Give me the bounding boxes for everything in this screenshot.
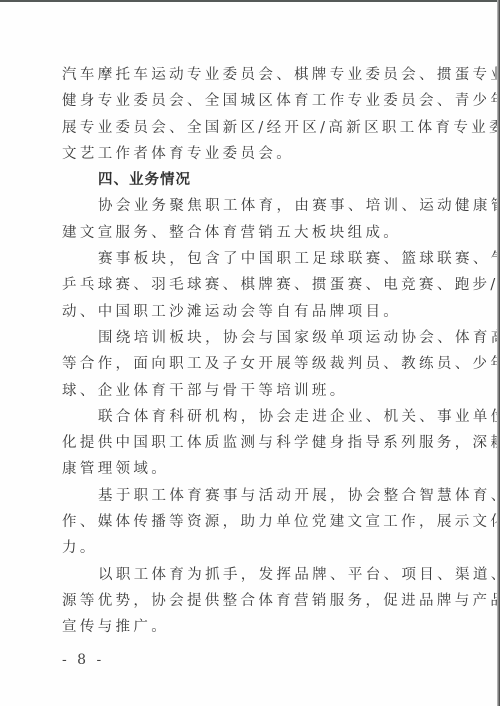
text-line: 化提供中国职工体质监测与科学健身指导系列服务，深耕运动健 <box>62 430 440 456</box>
text-line: 赛事板块，包含了中国职工足球联赛、篮球联赛、气排球赛、 <box>62 246 440 272</box>
text-line: 围绕培训板块，协会与国家级单项运动协会、体育高等院校 <box>62 325 440 351</box>
page-number: - 8 - <box>62 652 104 668</box>
text-line: 健身专业委员会、全国城区体育工作专业委员会、青少年体育发 <box>62 88 440 114</box>
text-line: 宣传与推广。 <box>62 614 440 640</box>
text-line: 联合体育科研机构，协会走进企业、机关、事业单位，常态 <box>62 404 440 430</box>
paragraph-overview: 协会业务聚焦职工体育，由赛事、培训、运动健康管理、党 建文宣服务、整合体育营销五… <box>62 193 440 246</box>
text-line: 康管理领域。 <box>62 456 440 482</box>
text-line: 以职工体育为抓手，发挥品牌、平台、项目、渠道、落地资 <box>62 562 440 588</box>
text-line: 源等优势，协会提供整合体育营销服务，促进品牌与产品的精准 <box>62 588 440 614</box>
text-line: 作、媒体传播等资源，助力单位党建文宣工作，展示文化与软实 <box>62 509 440 535</box>
text-line: 动、中国职工沙滩运动会等自有品牌项目。 <box>62 299 440 325</box>
document-page: 汽车摩托车运动专业委员会、棋牌专业委员会、掼蛋专业委员会、 健身专业委员会、全国… <box>0 0 497 706</box>
text-line: 等合作，面向职工及子女开展等级裁判员、教练员、少年儿童足 <box>62 351 440 377</box>
page-content: 汽车摩托车运动专业委员会、棋牌专业委员会、掼蛋专业委员会、 健身专业委员会、全国… <box>62 62 440 641</box>
paragraph-training: 围绕培训板块，协会与国家级单项运动协会、体育高等院校 等合作，面向职工及子女开展… <box>62 325 440 404</box>
text-line: 球、企业体育干部与骨干等培训班。 <box>62 378 440 404</box>
text-line: 乒乓球赛、羽毛球赛、棋牌赛、掼蛋赛、电竞赛、跑步/健步走活 <box>62 272 440 298</box>
paragraph-health: 联合体育科研机构，协会走进企业、机关、事业单位，常态 化提供中国职工体质监测与科… <box>62 404 440 483</box>
text-line: 汽车摩托车运动专业委员会、棋牌专业委员会、掼蛋专业委员会、 <box>62 62 440 88</box>
paragraph-publicity: 基于职工体育赛事与活动开展，协会整合智慧体育、内容制 作、媒体传播等资源，助力单… <box>62 483 440 562</box>
section-heading: 四、业务情况 <box>62 167 440 193</box>
text-line: 建文宣服务、整合体育营销五大板块组成。 <box>62 220 440 246</box>
paragraph-events: 赛事板块，包含了中国职工足球联赛、篮球联赛、气排球赛、 乒乓球赛、羽毛球赛、棋牌… <box>62 246 440 325</box>
text-line: 文艺工作者体育专业委员会。 <box>62 141 440 167</box>
text-line: 展专业委员会、全国新区/经开区/高新区职工体育专业委员会、 <box>62 115 440 141</box>
text-line: 协会业务聚焦职工体育，由赛事、培训、运动健康管理、党 <box>62 193 440 219</box>
text-line: 力。 <box>62 535 440 561</box>
paragraph-marketing: 以职工体育为抓手，发挥品牌、平台、项目、渠道、落地资 源等优势，协会提供整合体育… <box>62 562 440 641</box>
text-line: 基于职工体育赛事与活动开展，协会整合智慧体育、内容制 <box>62 483 440 509</box>
